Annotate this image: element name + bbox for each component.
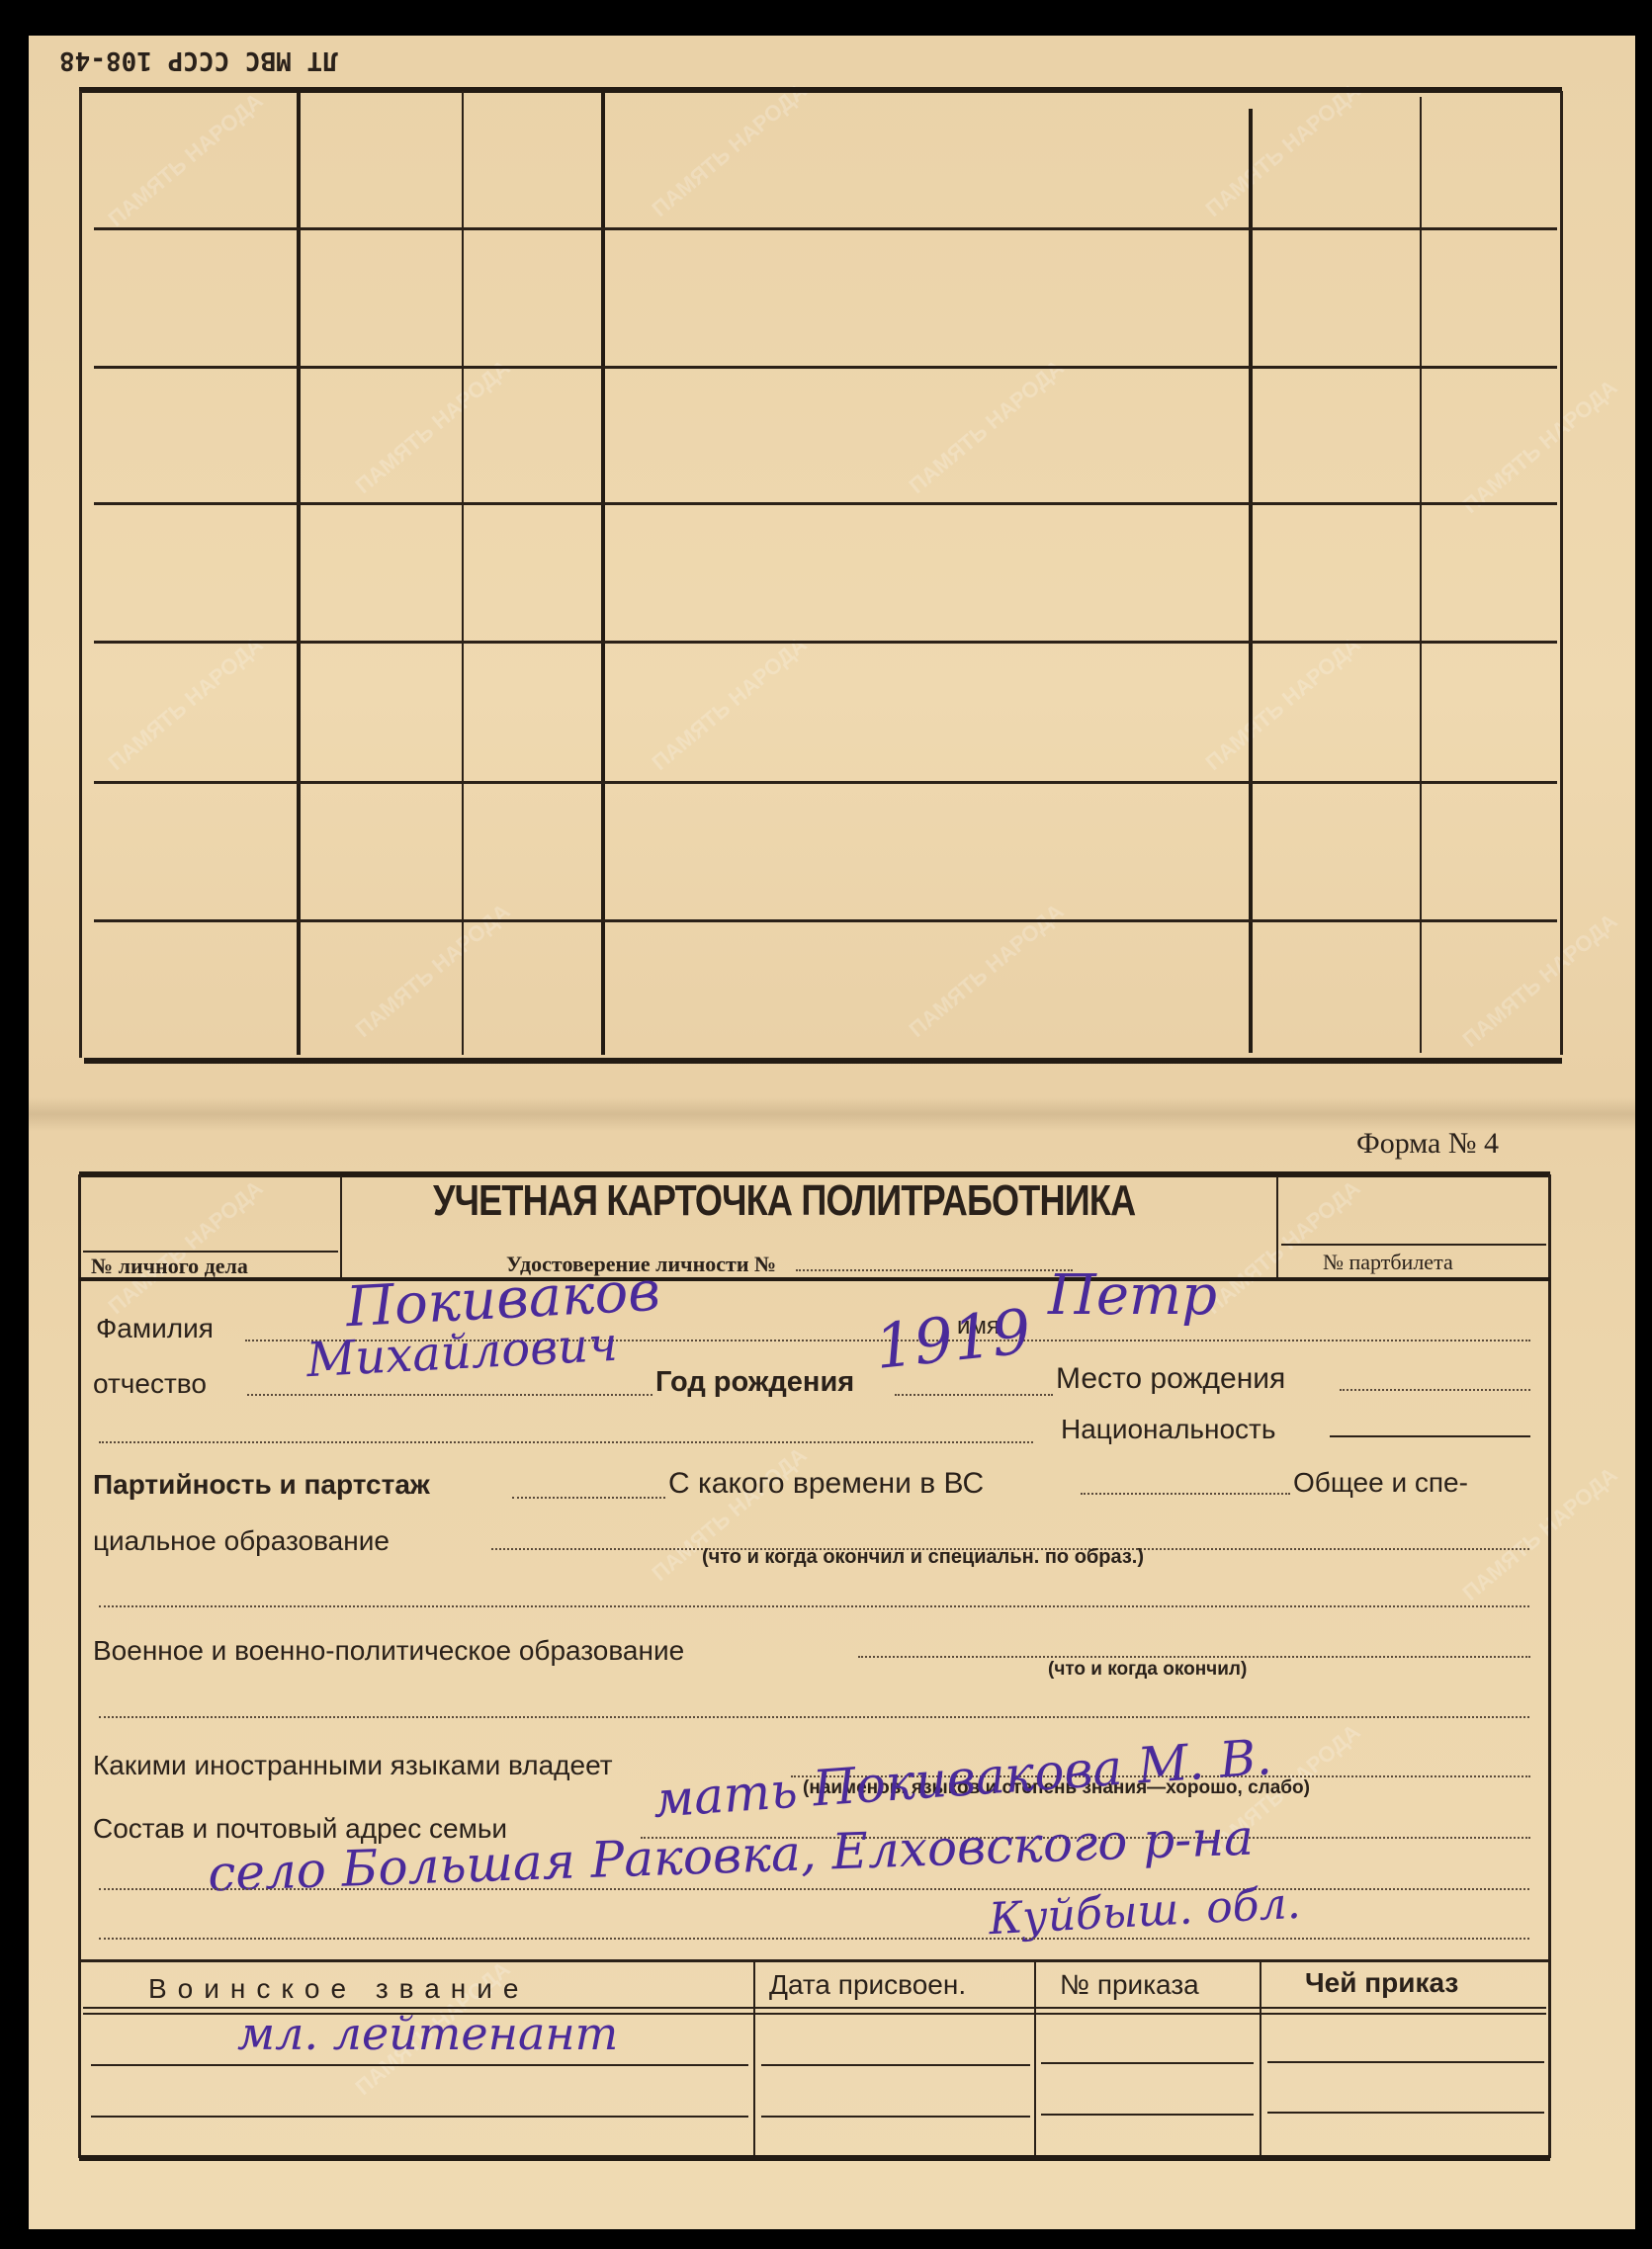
birthplace-label: Место рождения [1056, 1362, 1285, 1396]
printer-mark: ЛТ МВС СССР 108-48 [59, 45, 338, 75]
rank-header-order-number: № приказа [1060, 1969, 1199, 2001]
personal-file-label: № личного дела [91, 1254, 248, 1279]
form-title: УЧЕТНАЯ КАРТОЧКА ПОЛИТРАБОТНИКА [433, 1176, 1135, 1226]
general-edu-label-2: циальное образование [93, 1525, 390, 1557]
rank-header-rank: Воинское звание [148, 1973, 530, 2005]
military-edu-hint: (что и когда окончил) [1048, 1659, 1247, 1681]
since-in-army-label: С какого времени в ВС [668, 1467, 984, 1501]
languages-label: Какими иностранными языками владеет [93, 1750, 613, 1781]
nationality-label: Национальность [1061, 1414, 1275, 1445]
party-label: Партийность и партстаж [93, 1469, 430, 1501]
rank-header-date: Дата присвоен. [769, 1969, 966, 2001]
military-edu-label: Военное и военно-политическое образовани… [93, 1635, 684, 1667]
general-edu-label-1: Общее и спе- [1293, 1467, 1468, 1499]
name-value: Петр [1048, 1263, 1217, 1328]
form-number: Форма № 4 [1356, 1127, 1499, 1161]
birth-year-label: Год рождения [655, 1366, 854, 1399]
fold-crease [29, 1097, 1635, 1131]
rank-value: мл. лейтенант [237, 2007, 618, 2060]
surname-label: Фамилия [96, 1313, 214, 1344]
rank-header-order-issuer: Чей приказ [1305, 1967, 1458, 1999]
party-card-label: № партбилета [1323, 1250, 1453, 1275]
general-edu-hint: (что и когда окончил и специальн. по обр… [702, 1546, 1144, 1569]
patronymic-label: отчество [93, 1368, 207, 1400]
